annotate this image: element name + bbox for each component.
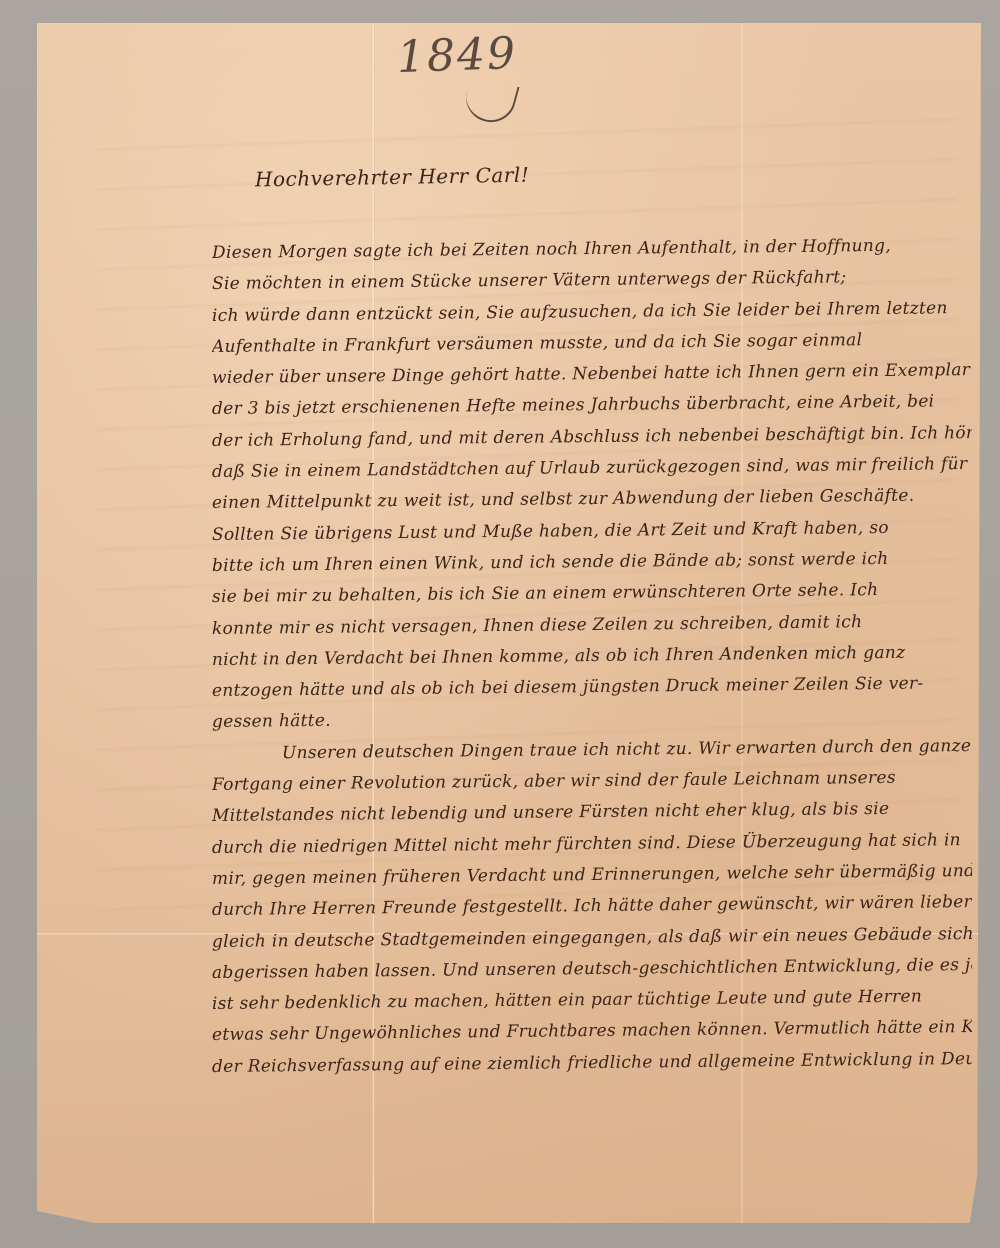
year-annotation: 1849 [396, 28, 518, 83]
letter-body: Diesen Morgen sagte ich bei Zeiten noch … [212, 238, 972, 1083]
salutation: Hochverehrter Herr Carl! [255, 163, 530, 192]
